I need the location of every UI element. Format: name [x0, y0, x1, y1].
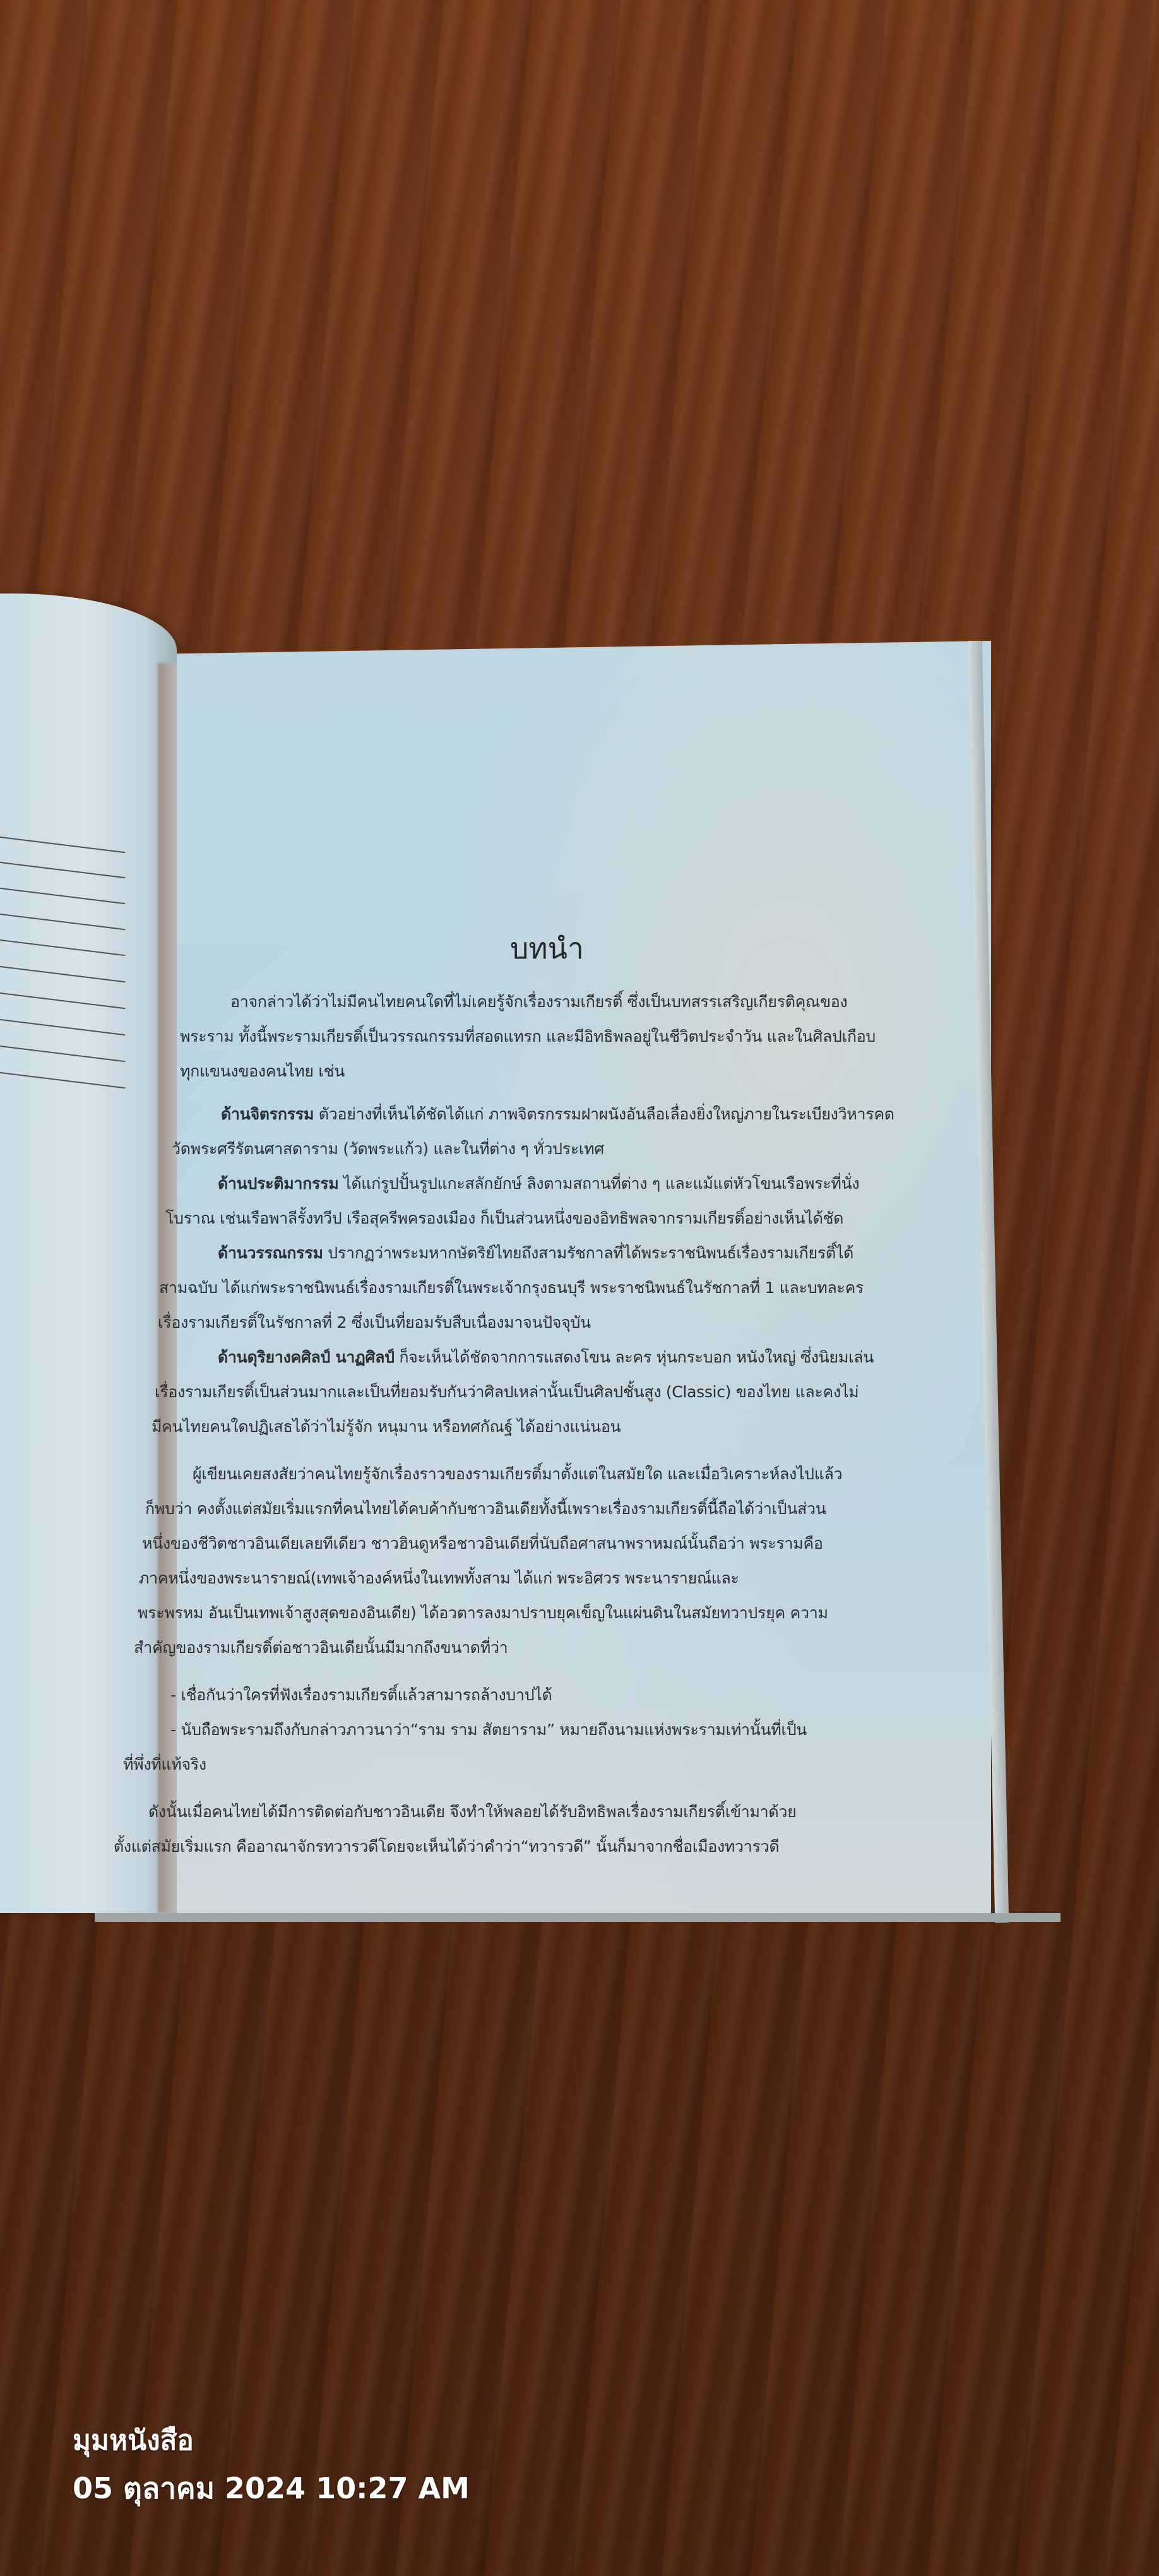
text-line: พระพรหม อันเป็นเทพเจ้าสูงสุดของอินเดีย) …: [138, 1601, 828, 1626]
text-line: ที่พึ่งที่แท้จริง: [123, 1752, 206, 1777]
ruled-line: [0, 1069, 125, 1088]
watermark-datetime: 05 ตุลาคม 2024 10:27 AM: [73, 2466, 470, 2512]
watermark-title: มุมหนังสือ: [73, 2418, 194, 2462]
ruled-line: [0, 910, 125, 930]
ruled-line: [0, 859, 125, 878]
ruled-line: [0, 989, 125, 1009]
line-text: ก็จะเห็นได้ชัดจากการแสดงโขน ละคร หุ่นกระ…: [395, 1348, 874, 1366]
ruled-line: [0, 1016, 125, 1035]
text-line: เรื่องรามเกียรติ์เป็นส่วนมากและเป็นที่ยอ…: [155, 1380, 859, 1405]
section-heading: ด้านจิตรกรรม: [221, 1105, 314, 1123]
ruled-line: [0, 936, 125, 956]
line-text: - เชื่อกันว่าใครที่ฟังเรื่องรามเกียรติ์แ…: [170, 1686, 552, 1704]
line-text: ดังนั้นเมื่อคนไทยได้มีการติดต่อกับชาวอิน…: [148, 1803, 796, 1821]
page-bottom-edge: [95, 1913, 1061, 1922]
text-line: ตั้งแต่สมัยเริ่มแรก คืออาณาจักรทวารวดีโด…: [114, 1834, 779, 1859]
line-text: มีคนไทยคนใดปฏิเสธได้ว่าไม่รู้จัก หนุมาน …: [152, 1417, 621, 1436]
line-text: เรื่องรามเกียรติ์ในรัชกาลที่ 2 ซึ่งเป็นท…: [158, 1313, 591, 1332]
text-line: ภาคหนึ่งของพระนารายณ์(เทพเจ้าองค์หนึ่งใน…: [139, 1566, 739, 1591]
text-line: อาจกล่าวได้ว่าไม่มีคนไทยคนใดที่ไม่เคยรู้…: [230, 989, 847, 1015]
line-text: ภาคหนึ่งของพระนารายณ์(เทพเจ้าองค์หนึ่งใน…: [139, 1569, 739, 1587]
line-text: ผู้เขียนเคยสงสัยว่าคนไทยรู้จักเรื่องราวข…: [193, 1465, 842, 1483]
line-text: สำคัญของรามเกียรติ์ต่อชาวอินเดียนั้นมีมา…: [134, 1638, 508, 1657]
text-line: สามฉบับ ได้แก่พระราชนิพนธ์เรื่องรามเกียร…: [159, 1275, 864, 1301]
text-line: โบราณ เช่นเรือพาลีรั้งทวีป เรือสุครีพครอ…: [165, 1206, 843, 1231]
line-text: ที่พึ่งที่แท้จริง: [123, 1755, 206, 1774]
text-line: ผู้เขียนเคยสงสัยว่าคนไทยรู้จักเรื่องราวข…: [193, 1462, 842, 1487]
line-text: ก็พบว่า คงตั้งแต่สมัยเริ่มแรกที่คนไทยได้…: [145, 1500, 826, 1518]
text-line: วัดพระศรีรัตนศาสดาราม (วัดพระแก้ว) และใน…: [172, 1136, 604, 1162]
ruled-line: [0, 963, 125, 982]
text-line: ด้านวรรณกรรม ปรากฏว่าพระมหากษัตริย์ไทยถึ…: [218, 1241, 853, 1266]
line-text: เรื่องรามเกียรติ์เป็นส่วนมากและเป็นที่ยอ…: [155, 1383, 859, 1401]
ruled-line: [0, 885, 125, 904]
text-line: - นับถือพระรามถึงกับกล่าวภาวนาว่า“ราม รา…: [170, 1717, 807, 1743]
text-line: - เชื่อกันว่าใครที่ฟังเรื่องรามเกียรติ์แ…: [170, 1683, 552, 1708]
line-text: พระพรหม อันเป็นเทพเจ้าสูงสุดของอินเดีย) …: [138, 1604, 828, 1622]
text-line: พระราม ทั้งนี้พระรามเกียรติ์เป็นวรรณกรรม…: [180, 1024, 876, 1049]
line-text: วัดพระศรีรัตนศาสดาราม (วัดพระแก้ว) และใน…: [172, 1140, 604, 1158]
line-text: หนึ่งของชีวิตชาวอินเดียเลยทีเดียว ชาวฮิน…: [142, 1534, 823, 1553]
text-line: ด้านดุริยางคศิลป์ นาฏศิลป์ ก็จะเห็นได้ชั…: [218, 1345, 874, 1370]
text-line: ก็พบว่า คงตั้งแต่สมัยเริ่มแรกที่คนไทยได้…: [145, 1496, 826, 1522]
line-text: สามฉบับ ได้แก่พระราชนิพนธ์เรื่องรามเกียร…: [159, 1279, 864, 1297]
section-heading: ด้านประติมากรรม: [218, 1174, 338, 1193]
ruled-line: [0, 833, 125, 853]
text-line: ทุกแขนงของคนไทย เช่น: [180, 1059, 345, 1084]
line-text: อาจกล่าวได้ว่าไม่มีคนไทยคนใดที่ไม่เคยรู้…: [230, 993, 847, 1011]
line-text: ได้แก่รูปปั้นรูปแกะสลักยักษ์ ลิงตามสถานท…: [338, 1174, 859, 1193]
text-line: มีคนไทยคนใดปฏิเสธได้ว่าไม่รู้จัก หนุมาน …: [152, 1414, 621, 1440]
left-page-lined: [0, 593, 177, 1913]
line-text: - นับถือพระรามถึงกับกล่าวภาวนาว่า“ราม รา…: [170, 1720, 807, 1739]
line-text: ตัวอย่างที่เห็นได้ชัดได้แก่ ภาพจิตรกรรมฝ…: [314, 1105, 895, 1123]
text-line: ด้านประติมากรรม ได้แก่รูปปั้นรูปแกะสลักย…: [218, 1171, 859, 1196]
text-line: ดังนั้นเมื่อคนไทยได้มีการติดต่อกับชาวอิน…: [148, 1799, 796, 1825]
section-heading: ด้านวรรณกรรม: [218, 1244, 323, 1262]
text-line: สำคัญของรามเกียรติ์ต่อชาวอินเดียนั้นมีมา…: [134, 1635, 508, 1661]
section-heading: ด้านดุริยางคศิลป์ นาฏศิลป์: [218, 1348, 395, 1366]
line-text: ปรากฏว่าพระมหากษัตริย์ไทยถึงสามรัชกาลที่…: [323, 1244, 853, 1262]
line-text: ตั้งแต่สมัยเริ่มแรก คืออาณาจักรทวารวดีโด…: [114, 1837, 779, 1856]
line-text: พระราม ทั้งนี้พระรามเกียรติ์เป็นวรรณกรรม…: [180, 1027, 876, 1046]
line-text: ทุกแขนงของคนไทย เช่น: [180, 1062, 345, 1080]
line-text: โบราณ เช่นเรือพาลีรั้งทวีป เรือสุครีพครอ…: [165, 1209, 843, 1227]
text-line: เรื่องรามเกียรติ์ในรัชกาลที่ 2 ซึ่งเป็นท…: [158, 1310, 591, 1335]
text-line: หนึ่งของชีวิตชาวอินเดียเลยทีเดียว ชาวฮิน…: [142, 1531, 823, 1556]
text-line: ด้านจิตรกรรม ตัวอย่างที่เห็นได้ชัดได้แก่…: [221, 1102, 895, 1127]
ruled-line: [0, 1042, 125, 1062]
page-title: บทนำ: [510, 926, 584, 972]
